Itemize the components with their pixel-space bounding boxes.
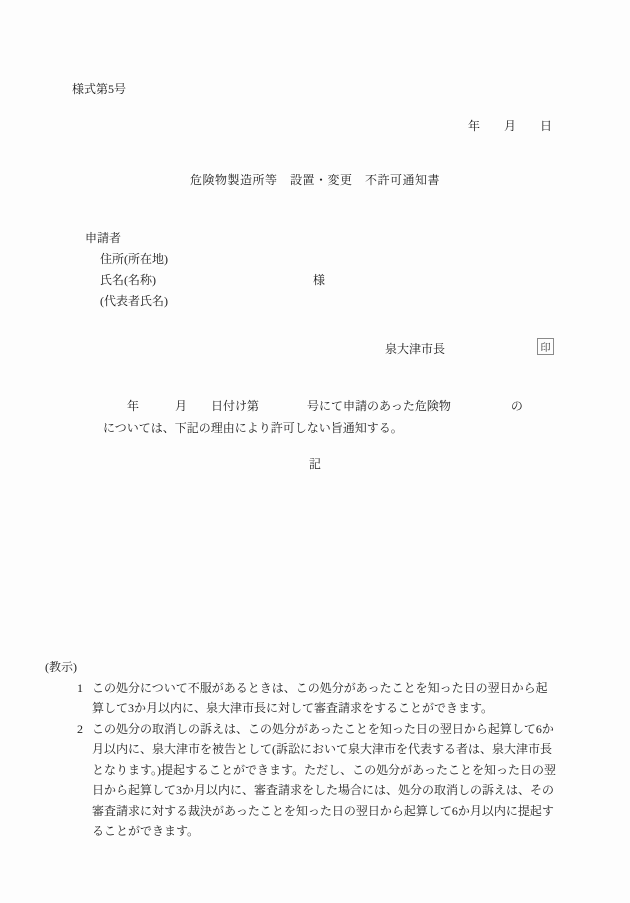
issue-date-line: 年 月 日 bbox=[0, 117, 552, 134]
instruction-item-number: 1 bbox=[77, 678, 83, 699]
instructions-heading: (教示) bbox=[45, 657, 585, 678]
applicant-honorific: 様 bbox=[313, 270, 325, 291]
applicant-section: 申請者 住所(所在地) 氏名(名称) 様 (代表者氏名) bbox=[85, 228, 168, 312]
body-line-2: については、下記の理由により許可しない旨通知する。 bbox=[103, 418, 573, 440]
instruction-item: 2 この処分の取消しの訴えは、この処分があったことを知った日の翌日から起算して6… bbox=[92, 719, 557, 842]
applicant-address-label: 住所(所在地) bbox=[85, 249, 168, 270]
instructions-list: 1 この処分について不服があるときは、この処分があったことを知った日の翌日から起… bbox=[92, 678, 585, 842]
document-page: 様式第5号 年 月 日 危険物製造所等 設置・変更 不許可通知書 申請者 住所(… bbox=[0, 0, 630, 903]
body-paragraph: 年 月 日付け第 号にて申請のあった危険物 の については、下記の理由により許可… bbox=[103, 396, 573, 439]
document-title: 危険物製造所等 設置・変更 不許可通知書 bbox=[0, 171, 630, 188]
instruction-item: 1 この処分について不服があるときは、この処分があったことを知った日の翌日から起… bbox=[92, 678, 557, 719]
instruction-item-number: 2 bbox=[77, 719, 83, 740]
record-marker: 記 bbox=[0, 455, 630, 472]
issuer-title: 泉大津市長 bbox=[385, 340, 445, 357]
applicant-name-label: 氏名(名称) bbox=[100, 273, 156, 287]
applicant-representative-label: (代表者氏名) bbox=[85, 291, 168, 312]
instructions-section: (教示) 1 この処分について不服があるときは、この処分があったことを知った日の… bbox=[45, 657, 585, 842]
form-number: 様式第5号 bbox=[72, 80, 126, 97]
seal-mark: 印 bbox=[541, 339, 551, 354]
body-line-1: 年 月 日付け第 号にて申請のあった危険物 の bbox=[103, 396, 573, 418]
instruction-item-text: この処分について不服があるときは、この処分があったことを知った日の翌日から起算し… bbox=[92, 681, 548, 716]
instruction-item-text: この処分の取消しの訴えは、この処分があったことを知った日の翌日から起算して6か月… bbox=[92, 722, 556, 839]
applicant-name-line: 氏名(名称) 様 bbox=[85, 270, 168, 291]
applicant-heading: 申請者 bbox=[85, 228, 168, 249]
seal-box: 印 bbox=[537, 338, 554, 355]
